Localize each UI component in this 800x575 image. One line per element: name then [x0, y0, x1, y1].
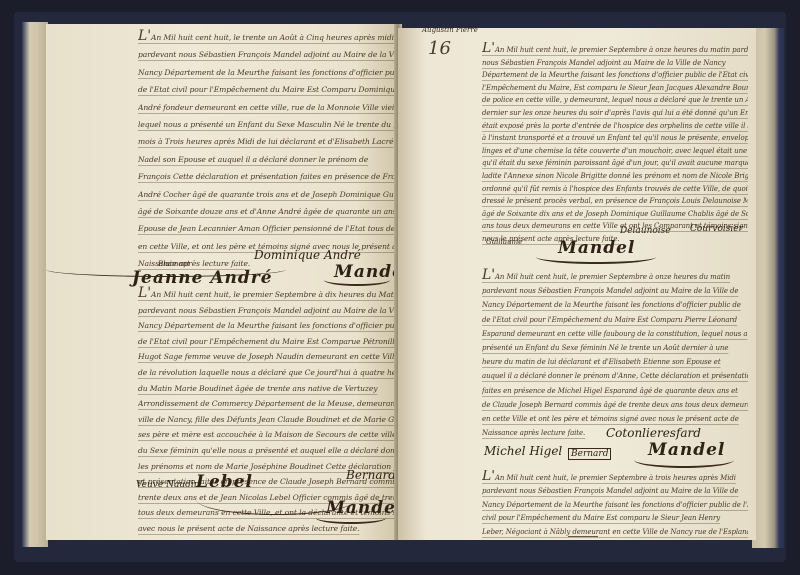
- text-line: présenté un Enfant du Sexe féminin Né le…: [482, 341, 748, 355]
- text-line: ses père et mère est accouchée à la Mais…: [138, 427, 394, 443]
- page-stack-right-edge: [752, 28, 784, 548]
- text-line: Nancy Département de la Meurthe faisant …: [138, 318, 394, 334]
- text-line: L'An Mil huit cent huit, le trente un Ao…: [138, 28, 394, 46]
- text-line: François Cette déclaration et présentati…: [138, 168, 394, 185]
- text-line: de la révolution laquelle nous a déclaré…: [138, 365, 394, 381]
- signature: Michel Higel: [484, 444, 562, 458]
- text-line: André Cocher âgé de quarante trois ans e…: [138, 186, 394, 203]
- text-line: en cette Ville et ont les père et témoin…: [482, 412, 748, 426]
- text-line: ordonné qu'il fût remis à l'hospice des …: [482, 183, 748, 196]
- text-line: du Sexe féminin qu'elle nous a présenté …: [138, 443, 394, 459]
- signature: Veuve Naudin: [136, 480, 200, 490]
- text-line: pardevant nous Sébastien François Mandel…: [138, 303, 394, 319]
- text-line: auquel il a déclaré donner le prénom d'A…: [482, 369, 748, 383]
- text-line: à l'instant transporté et a trouvé un En…: [482, 132, 748, 145]
- text-line: L'An Mil huit cent huit, le premier Sept…: [482, 470, 748, 485]
- entry-4-text: L'An Mil huit cent huit, le premier Sept…: [482, 268, 748, 440]
- signature: Cotonlieresfard: [606, 426, 701, 440]
- text-line: L'An Mil huit cent huit, le premier Sept…: [482, 42, 748, 57]
- text-line: dernier sur les onze heures du soir d'ap…: [482, 107, 748, 120]
- text-line: était exposé près la porte d'entrée de l…: [482, 120, 748, 133]
- text-line: de police en cette ville, y demeurant, l…: [482, 94, 748, 107]
- text-line: Nancy Département de la Meurthe faisant …: [482, 499, 748, 512]
- text-line: Département de la Meurthe faisant les fo…: [482, 69, 748, 82]
- text-line: de l'Etat civil pour l'Empêchement du Ma…: [482, 313, 748, 327]
- text-line: ladite l'Annexe sinon Nicole Brigitte do…: [482, 170, 748, 183]
- text-line: Nancy Département de la Meurthe faisant …: [138, 64, 394, 81]
- text-line: l'Empêchement du Maire, Est comparu le S…: [482, 82, 748, 95]
- header-note: Augustin Pierre: [422, 28, 478, 34]
- text-line: heure du matin de lui déclarant et d'Eli…: [482, 355, 748, 369]
- folio-number: 16: [428, 38, 451, 59]
- text-line: Arrondissement de Commercy Département d…: [138, 396, 394, 412]
- text-line: pardevant nous Sébastien François Mandel…: [138, 46, 394, 63]
- margin-note: Guillaume: [486, 238, 522, 246]
- entry-divider: [568, 536, 598, 537]
- text-line: faites en présence de Michel Higel Espar…: [482, 384, 748, 398]
- text-line: de Claude Joseph Bernard commis âgé de t…: [482, 398, 748, 412]
- text-line: âgé de Soixante dix ans et de Joseph Dom…: [482, 208, 748, 221]
- text-line: Esparand demeurant en cette ville faubou…: [482, 327, 748, 341]
- entry-1-text: L'An Mil huit cent huit, le trente un Ao…: [138, 28, 394, 273]
- entry-3-text: L'An Mil huit cent huit, le premier Sept…: [482, 42, 748, 246]
- text-line: André fondeur demeurant en cette ville, …: [138, 99, 394, 116]
- signature-flourish: [46, 262, 286, 277]
- text-line: L'An Mil huit cent huit, le premier Sept…: [138, 286, 394, 303]
- signature-flourish: [536, 250, 656, 264]
- signature-flourish: [316, 512, 386, 524]
- text-line: dressé le présent procès verbal, en prés…: [482, 195, 748, 208]
- text-line: qu'il était du sexe féminin paroissant â…: [482, 157, 748, 170]
- text-line: linges et d'une chemise la tête couverte…: [482, 145, 748, 158]
- text-line: de l'Etat civil pour l'Empêchement du Ma…: [138, 334, 394, 350]
- text-line: pardevant nous Sébastien François Mandel…: [482, 284, 748, 298]
- page-stack-left-edge: [22, 22, 48, 547]
- signature-flourish: [324, 274, 390, 286]
- signature: Dominique André: [254, 248, 361, 262]
- text-line: Nancy Département de la Meurthe faisant …: [482, 298, 748, 312]
- text-line: Hugot Sage femme veuve de Joseph Naudin …: [138, 349, 394, 365]
- text-line: du Matin Marie Boudinet âgée de trente a…: [138, 381, 394, 397]
- signature-flourish: [634, 452, 734, 468]
- signature: Bernard: [346, 468, 396, 482]
- signature: Delaunoise: [620, 226, 671, 236]
- entry-5-text: L'An Mil huit cent huit, le premier Sept…: [482, 470, 748, 539]
- text-line: âgé de Soixante douze ans et d'Anne Andr…: [138, 203, 394, 220]
- signature: Courvoisier: [690, 224, 743, 234]
- text-line: civil pour l'Empêchement du Maire Est co…: [482, 512, 748, 525]
- text-line: lequel nous a présenté un Enfant du Sexe…: [138, 116, 394, 133]
- text-line: Leber, Négociant à Nâbly demeurant en ce…: [482, 526, 748, 539]
- text-line: Nadel son Epouse et auquel il a déclaré …: [138, 151, 394, 168]
- left-page: L'An Mil huit cent huit, le trente un Ao…: [46, 24, 398, 540]
- right-page: Augustin Pierre 16 L'An Mil huit cent hu…: [398, 28, 756, 540]
- text-line: Epouse de Jean Lecannier Aman Officier p…: [138, 220, 394, 237]
- text-line: ville de Nancy, fille des Défunts Jean C…: [138, 412, 394, 428]
- text-line: de l'Etat civil pour l'Empêchement du Ma…: [138, 81, 394, 98]
- text-line: mois à Trois heures après Midi de lui dé…: [138, 133, 394, 150]
- text-line: pardevant nous Sébastien François Mandel…: [482, 485, 748, 498]
- text-line: nous Sébastien François Mandel adjoint a…: [482, 57, 748, 70]
- signature: Bernard: [568, 448, 611, 460]
- text-line: L'An Mil huit cent huit, le premier Sept…: [482, 268, 748, 284]
